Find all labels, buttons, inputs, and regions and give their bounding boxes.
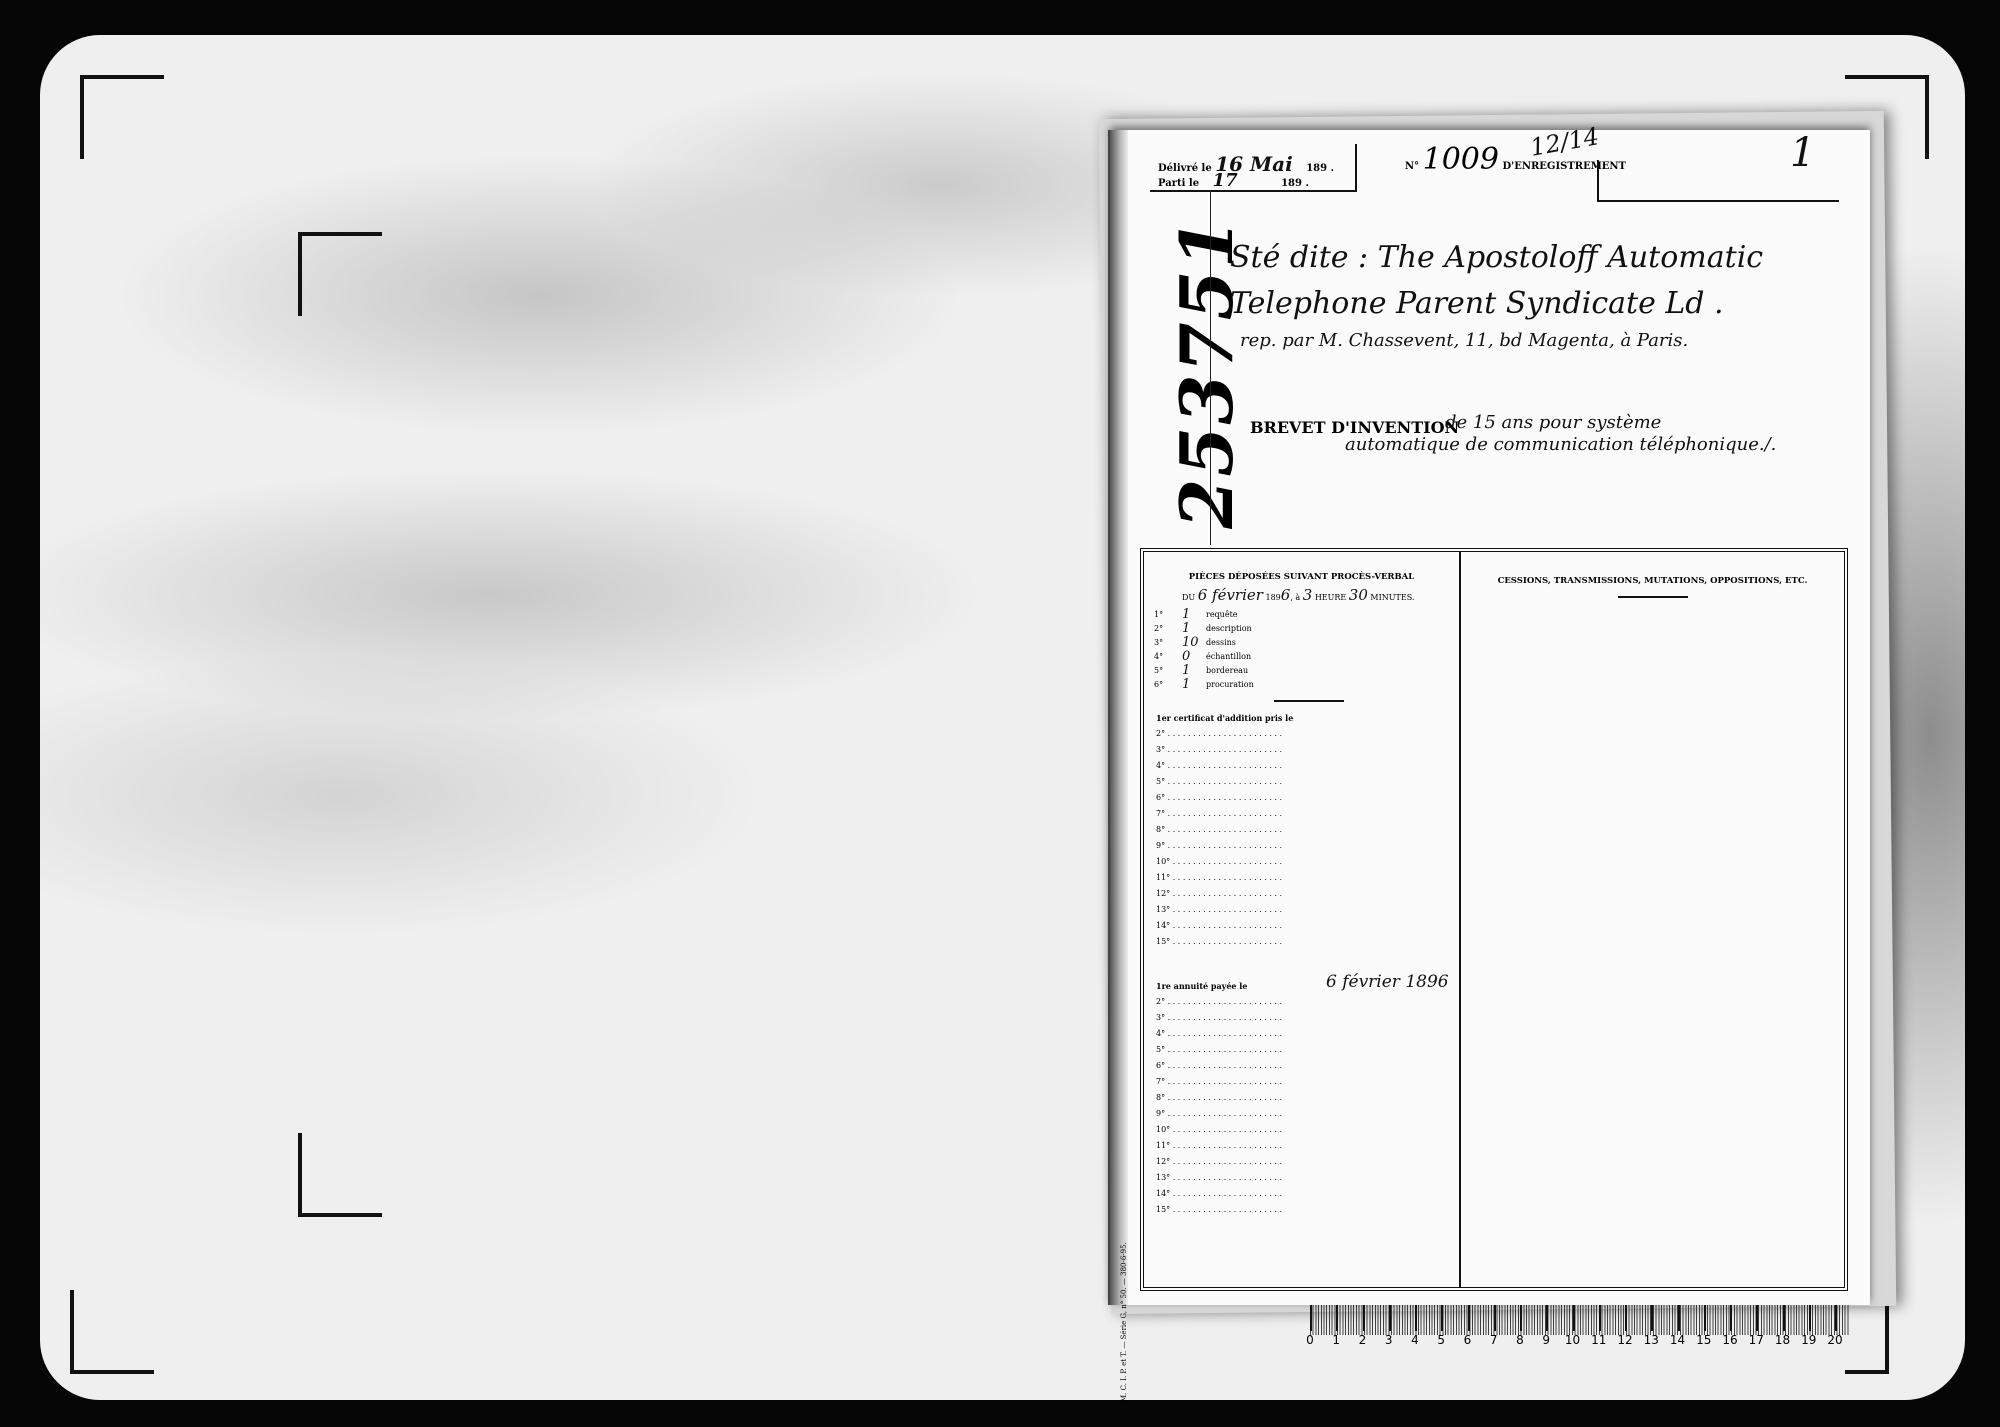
dotted-entry: 7° . . . . . . . . . . . . . . . . . . .…: [1156, 806, 1284, 822]
annuites-list: 1re annuité payée le 6 février 1896 2° .…: [1156, 978, 1459, 1218]
crop-mark-top-left: [80, 75, 164, 159]
pv-minutes: 30: [1349, 586, 1368, 604]
certificats-label: 1er certificat d'addition pris le: [1156, 710, 1459, 726]
dotted-entry: 3° . . . . . . . . . . . . . . . . . . .…: [1156, 742, 1284, 758]
dotted-entry: 7° . . . . . . . . . . . . . . . . . . .…: [1156, 1074, 1284, 1090]
ruler-label: 8: [1516, 1333, 1524, 1347]
ruler-label: 7: [1490, 1333, 1498, 1347]
brevet-description: de 15 ans pour système automatique de co…: [1445, 412, 1776, 456]
ruler-label: 19: [1801, 1333, 1816, 1347]
brevet-desc-line-2: automatique de communication téléphoniqu…: [1345, 434, 1776, 456]
dotted-entry: 2° . . . . . . . . . . . . . . . . . . .…: [1156, 726, 1284, 742]
piece-item: 5°1bordereau: [1154, 664, 1459, 678]
scale-ruler: 01234567891011121314151617181920: [1310, 1305, 1850, 1349]
pv-hour-label: HEURE: [1315, 593, 1346, 602]
ruler-major-tick: [1678, 1305, 1680, 1331]
delivre-year: 189 .: [1306, 163, 1334, 174]
ruler-major-tick: [1415, 1305, 1417, 1331]
piece-item: 4°0échantillon: [1154, 650, 1459, 664]
dotted-entry: 15° . . . . . . . . . . . . . . . . . . …: [1156, 934, 1284, 950]
pv-date: 6 février: [1198, 586, 1263, 604]
margin-rule: [1210, 190, 1211, 545]
owner-line-2: Telephone Parent Syndicate Ld .: [1230, 281, 1850, 327]
ruler-label: 14: [1670, 1333, 1685, 1347]
dotted-entry: 2° . . . . . . . . . . . . . . . . . . .…: [1156, 994, 1284, 1010]
reg-prefix: N°: [1405, 161, 1419, 172]
ruler-major-tick: [1441, 1305, 1443, 1331]
right-column: CESSIONS, TRANSMISSIONS, MUTATIONS, OPPO…: [1461, 552, 1844, 1287]
patent-cover-page: Délivré le 16 Mai 189 . Parti le 17 189 …: [1110, 130, 1870, 1305]
ruler-label: 20: [1827, 1333, 1842, 1347]
ruler-major-tick: [1546, 1305, 1548, 1331]
ruler-major-tick: [1599, 1305, 1601, 1331]
ruler-label: 6: [1464, 1333, 1472, 1347]
ruler-major-tick: [1310, 1305, 1312, 1331]
ruler-label: 9: [1542, 1333, 1550, 1347]
parti-year: 189 .: [1281, 178, 1309, 189]
ruler-major-tick: [1651, 1305, 1653, 1331]
crop-mark-inner-top-left: [298, 232, 382, 316]
pv-year-label: 189: [1265, 593, 1280, 602]
ruler-label: 11: [1591, 1333, 1606, 1347]
ruler-label: 5: [1437, 1333, 1445, 1347]
ruler-major-tick: [1835, 1305, 1837, 1331]
dotted-entry: 4° . . . . . . . . . . . . . . . . . . .…: [1156, 758, 1284, 774]
first-annuity-date: 6 février 1896: [1326, 972, 1449, 992]
parti-value: 17: [1213, 170, 1238, 191]
dotted-entry: 11° . . . . . . . . . . . . . . . . . . …: [1156, 1138, 1284, 1154]
register-form: PIÈCES DÉPOSÉES SUIVANT PROCÈS-VERBAL DU…: [1140, 548, 1848, 1291]
dotted-entry: 10° . . . . . . . . . . . . . . . . . . …: [1156, 854, 1284, 870]
ruler-major-tick: [1363, 1305, 1365, 1331]
ruler-major-tick: [1468, 1305, 1470, 1331]
piece-item: 3°10dessins: [1154, 636, 1459, 650]
printer-mark: M. C. I. P. et T. — Série G, n° 50. — 38…: [1120, 1242, 1128, 1402]
crop-mark-inner-bottom-left: [298, 1133, 382, 1217]
ruler-major-tick: [1494, 1305, 1496, 1331]
dotted-entry: 9° . . . . . . . . . . . . . . . . . . .…: [1156, 1106, 1284, 1122]
ruler-major-tick: [1730, 1305, 1732, 1331]
pv-year-value: 6: [1281, 586, 1291, 604]
crop-mark-bottom-left: [70, 1290, 154, 1374]
piece-item: 1°1requête: [1154, 608, 1459, 622]
ruler-label: 3: [1385, 1333, 1393, 1347]
dotted-entry: 12° . . . . . . . . . . . . . . . . . . …: [1156, 1154, 1284, 1170]
piece-item: 6°1procuration: [1154, 678, 1459, 692]
representative: rep. par M. Chassevent, 11, bd Magenta, …: [1240, 330, 1688, 351]
dotted-entry: 14° . . . . . . . . . . . . . . . . . . …: [1156, 1186, 1284, 1202]
piece-item: 2°1description: [1154, 622, 1459, 636]
ruler-major-tick: [1783, 1305, 1785, 1331]
dotted-entry: 3° . . . . . . . . . . . . . . . . . . .…: [1156, 1010, 1284, 1026]
pv-hour: 3: [1303, 586, 1313, 604]
cessions-title: CESSIONS, TRANSMISSIONS, MUTATIONS, OPPO…: [1461, 576, 1844, 586]
pv-minutes-label: MINUTES.: [1370, 593, 1414, 602]
owner-name: Sté dite : The Apostoloff Automatic Tele…: [1230, 235, 1850, 327]
ruler-ticks: [1310, 1305, 1850, 1335]
folio-number: 1: [1790, 130, 1815, 176]
dotted-entry: 8° . . . . . . . . . . . . . . . . . . .…: [1156, 1090, 1284, 1106]
delivery-box: Délivré le 16 Mai 189 . Parti le 17 189 …: [1150, 144, 1357, 192]
dotted-entry: 8° . . . . . . . . . . . . . . . . . . .…: [1156, 822, 1284, 838]
ruler-major-tick: [1573, 1305, 1575, 1331]
dotted-entry: 13° . . . . . . . . . . . . . . . . . . …: [1156, 1170, 1284, 1186]
dotted-entry: 10° . . . . . . . . . . . . . . . . . . …: [1156, 1122, 1284, 1138]
reg-number: 1009: [1423, 142, 1499, 177]
ruler-label: 2: [1359, 1333, 1367, 1347]
pieces-list: 1°1requête2°1description3°10dessins4°0éc…: [1154, 608, 1459, 692]
ruler-major-tick: [1809, 1305, 1811, 1331]
pv-a-label: , à: [1290, 593, 1300, 602]
dotted-entry: 6° . . . . . . . . . . . . . . . . . . .…: [1156, 790, 1284, 806]
ruler-label: 18: [1775, 1333, 1790, 1347]
dotted-entry: 14° . . . . . . . . . . . . . . . . . . …: [1156, 918, 1284, 934]
dotted-entry: 9° . . . . . . . . . . . . . . . . . . .…: [1156, 838, 1284, 854]
divider: [1274, 700, 1344, 702]
ruler-major-tick: [1625, 1305, 1627, 1331]
binding-spine: [1110, 130, 1128, 1305]
dotted-entry: 4° . . . . . . . . . . . . . . . . . . .…: [1156, 1026, 1284, 1042]
ruler-major-tick: [1704, 1305, 1706, 1331]
ruler-major-tick: [1336, 1305, 1338, 1331]
dotted-entry: 15° . . . . . . . . . . . . . . . . . . …: [1156, 1202, 1284, 1218]
brevet-desc-line-1: de 15 ans pour système: [1445, 412, 1776, 434]
ruler-label: 12: [1617, 1333, 1632, 1347]
dotted-entry: 11° . . . . . . . . . . . . . . . . . . …: [1156, 870, 1284, 886]
ruler-label: 4: [1411, 1333, 1419, 1347]
ruler-label: 15: [1696, 1333, 1711, 1347]
ruler-major-tick: [1756, 1305, 1758, 1331]
dotted-entry: 12° . . . . . . . . . . . . . . . . . . …: [1156, 886, 1284, 902]
ruler-label: 13: [1644, 1333, 1659, 1347]
ruler-label: 1: [1332, 1333, 1340, 1347]
cessions-rule: [1618, 596, 1688, 598]
pieces-title: PIÈCES DÉPOSÉES SUIVANT PROCÈS-VERBAL: [1144, 572, 1459, 582]
dotted-entry: 6° . . . . . . . . . . . . . . . . . . .…: [1156, 1058, 1284, 1074]
ruler-label: 16: [1722, 1333, 1737, 1347]
ruler-label: 17: [1749, 1333, 1764, 1347]
dotted-entry: 13° . . . . . . . . . . . . . . . . . . …: [1156, 902, 1284, 918]
proces-verbal-line: DU 6 février 1896, à 3 HEURE 30 MINUTES.: [1182, 586, 1459, 604]
ruler-major-tick: [1520, 1305, 1522, 1331]
ruler-major-tick: [1389, 1305, 1391, 1331]
owner-line-1: Sté dite : The Apostoloff Automatic: [1230, 235, 1850, 281]
ruler-label: 10: [1565, 1333, 1580, 1347]
parti-label: Parti le: [1158, 178, 1199, 189]
certificats-list: 1er certificat d'addition pris le 2° . .…: [1156, 710, 1459, 950]
du-label: DU: [1182, 593, 1195, 602]
left-column: PIÈCES DÉPOSÉES SUIVANT PROCÈS-VERBAL DU…: [1144, 552, 1461, 1287]
dotted-entry: 5° . . . . . . . . . . . . . . . . . . .…: [1156, 774, 1284, 790]
dotted-entry: 5° . . . . . . . . . . . . . . . . . . .…: [1156, 1042, 1284, 1058]
ruler-label: 0: [1306, 1333, 1314, 1347]
